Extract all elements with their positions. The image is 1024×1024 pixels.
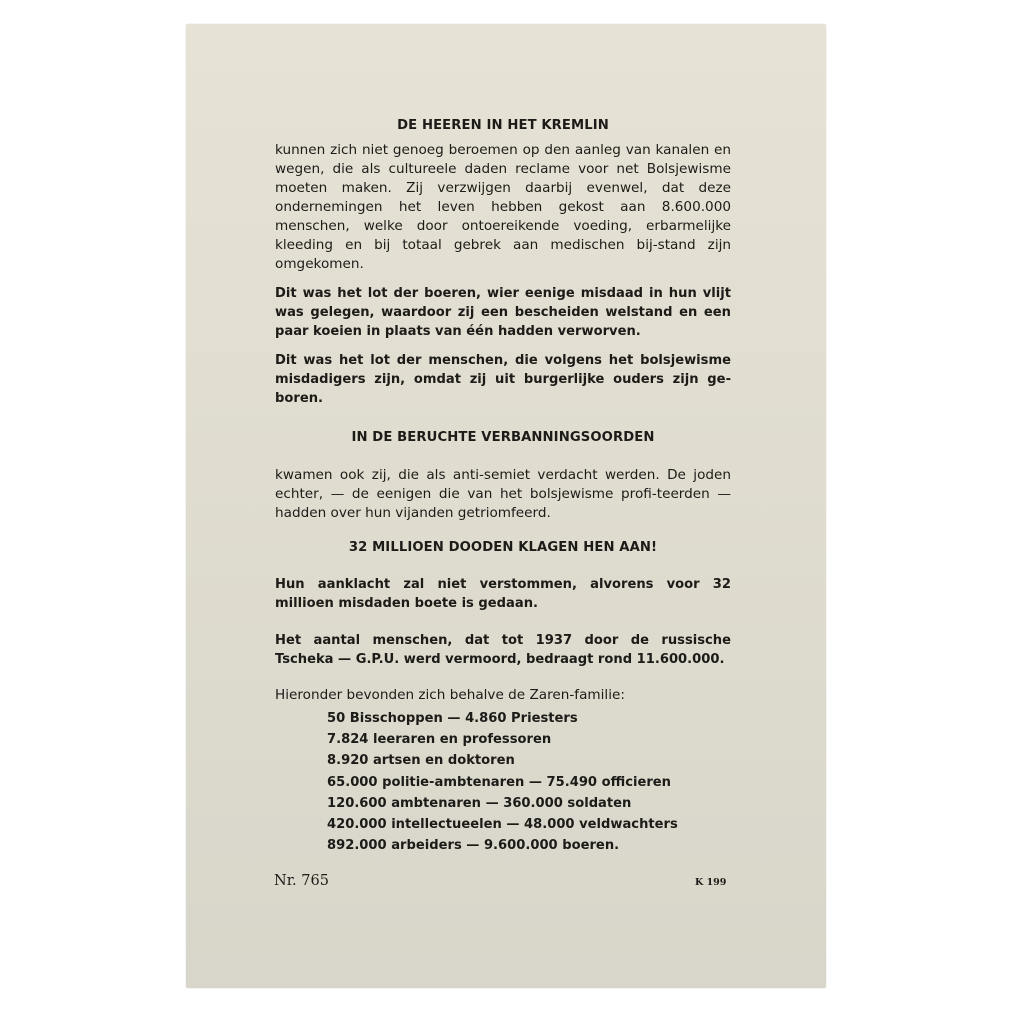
list-item: 892.000 arbeiders — 9.600.000 boeren. <box>327 835 731 856</box>
paragraph-canals: kunnen zich niet genoeg beroemen op den … <box>275 141 731 274</box>
leaflet-content: DE HEEREN IN HET KREMLIN kunnen zich nie… <box>275 118 731 856</box>
list-item: 65.000 politie-ambtenaren — 75.490 offic… <box>327 772 731 793</box>
leaflet-number: Nr. 765 <box>274 873 329 889</box>
paragraph-tscheka: Het aantal menschen, dat tot 1937 door d… <box>275 631 731 669</box>
list-item: 8.920 artsen en doktoren <box>327 750 731 771</box>
heading-kremlin: DE HEEREN IN HET KREMLIN <box>275 118 731 133</box>
heading-32-million: 32 MILLIOEN DOODEN KLAGEN HEN AAN! <box>275 540 731 555</box>
paragraph-list-intro: Hieronder bevonden zich behalve de Zaren… <box>275 686 731 705</box>
list-item: 120.600 ambtenaren — 360.000 soldaten <box>327 793 731 814</box>
print-code: K 199 <box>695 877 726 888</box>
paragraph-accusation: Hun aanklacht zal niet verstommen, alvor… <box>275 575 731 613</box>
list-item: 50 Bisschoppen — 4.860 Priesters <box>327 708 731 729</box>
heading-exile-places: IN DE BERUCHTE VERBANNINGSOORDEN <box>275 430 731 445</box>
paragraph-exile: kwamen ook zij, die als anti-semiet verd… <box>275 466 731 523</box>
victims-list: 50 Bisschoppen — 4.860 Priesters 7.824 l… <box>275 708 731 856</box>
leaflet-page: DE HEEREN IN HET KREMLIN kunnen zich nie… <box>186 24 826 988</box>
list-item: 7.824 leeraren en professoren <box>327 729 731 750</box>
paragraph-bourgeois: Dit was het lot der menschen, die volgen… <box>275 351 731 408</box>
paragraph-farmers: Dit was het lot der boeren, wier eenige … <box>275 284 731 341</box>
list-item: 420.000 intellectueelen — 48.000 veldwac… <box>327 814 731 835</box>
